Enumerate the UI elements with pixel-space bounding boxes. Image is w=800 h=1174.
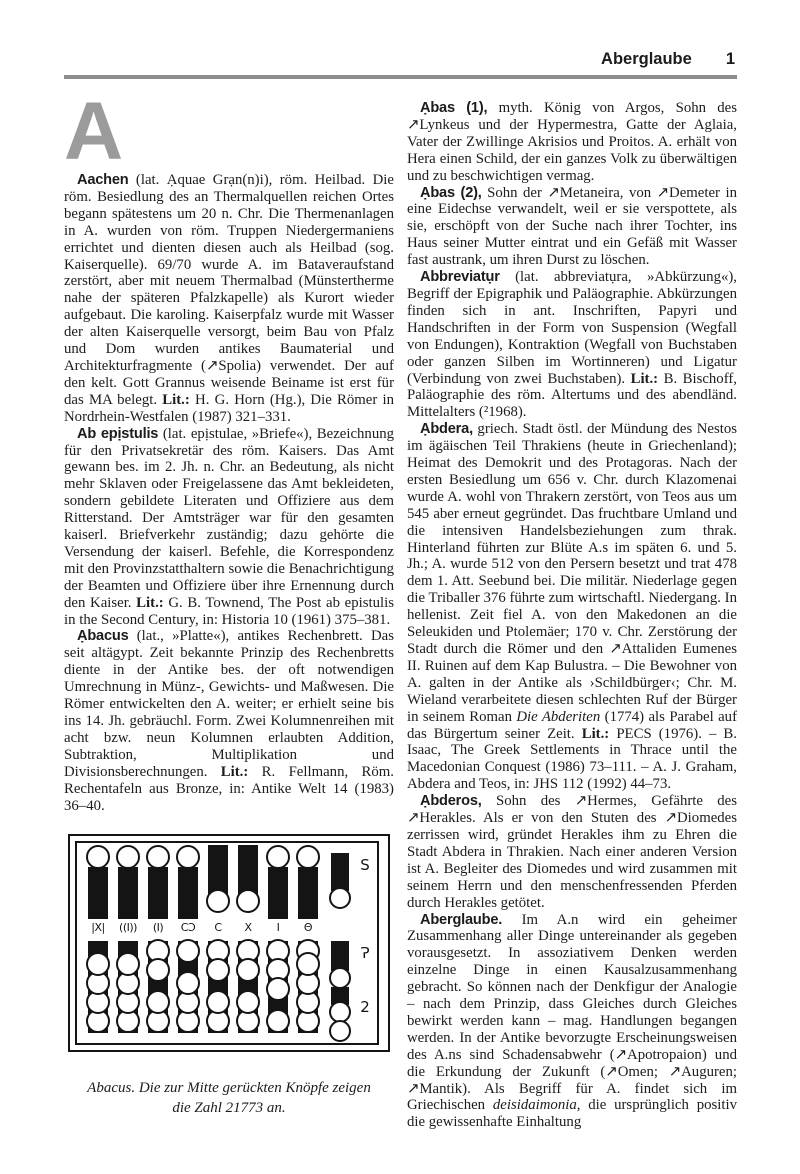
headword: Ab epịstulis	[77, 426, 158, 442]
entry-abdera: Ạbdera, griech. Stadt östl. der Mündung …	[407, 421, 737, 793]
page-header: Aberglaube 1	[64, 50, 737, 69]
abacus-upper-bead	[206, 889, 230, 913]
abacus-upper-bead	[86, 845, 110, 869]
headword: Ạbderos,	[420, 793, 482, 809]
abacus-side-slot	[331, 853, 349, 891]
text-run: Im A.n wird ein geheimer Zusammenhang al…	[407, 912, 737, 1114]
abacus-side-label: Ɂ	[355, 945, 375, 963]
abacus-upper-bead	[296, 845, 320, 869]
abacus-column-label: X	[233, 920, 263, 935]
bold-run: Lit.:	[582, 726, 610, 742]
abacus-side-bead	[329, 1020, 351, 1042]
text-columns: A Aachen (lat. Ạquae Grạn(n)i), röm. Hei…	[64, 100, 737, 1131]
headword: Ạbas (1),	[420, 100, 487, 116]
abacus-upper-slot	[268, 867, 288, 919]
text-run: griech. Stadt östl. der Mündung des Nest…	[407, 421, 737, 724]
headword: Ạbdera,	[420, 421, 473, 437]
figure-caption: Abacus. Die zur Mitte gerückten Knöpfe z…	[68, 1078, 390, 1118]
abacus-upper-bead	[146, 845, 170, 869]
abacus-column-label: ((I))	[113, 920, 143, 935]
figure-caption-line-2: die Zahl 21773 an.	[68, 1098, 390, 1118]
page-number: 1	[726, 50, 735, 69]
abacus-upper-slot	[118, 867, 138, 919]
bold-run: Lit.:	[136, 595, 164, 611]
entry-abacus: Ạbacus (lat., »Platte«), antikes Rechenb…	[64, 628, 394, 814]
headword: Ạbacus	[77, 628, 129, 644]
column-left: A Aachen (lat. Ạquae Grạn(n)i), röm. Hei…	[64, 100, 394, 1131]
abacus-upper-slot	[88, 867, 108, 919]
abacus-upper-bead	[236, 889, 260, 913]
abacus-upper-slot	[178, 867, 198, 919]
abacus: |X|((I))(I)CƆCXIΘSɁ2	[75, 841, 379, 1045]
abacus-side-bead	[329, 967, 351, 989]
abacus-column-label: |X|	[83, 920, 113, 935]
text-run: Sohn des ↗Hermes, Gefährte des ↗Herakles…	[407, 793, 737, 910]
headword: Ạbas (2),	[420, 185, 482, 201]
abacus-column-label: Θ	[293, 920, 323, 935]
headword: Aachen	[77, 172, 129, 188]
abacus-frame: |X|((I))(I)CƆCXIΘSɁ2	[68, 834, 390, 1052]
headword: Abbreviatụr	[420, 269, 500, 285]
entry-abas-2: Ạbas (2), Sohn der ↗Metaneira, von ↗Deme…	[407, 185, 737, 270]
abacus-upper-slot	[298, 867, 318, 919]
entry-abbreviatur: Abbreviatụr (lat. abbreviatụra, »Abkürzu…	[407, 269, 737, 421]
column-right: Ạbas (1), myth. König von Argos, Sohn de…	[407, 100, 737, 1131]
lexicon-page: Aberglaube 1 A Aachen (lat. Ạquae Grạn(n…	[0, 0, 800, 1131]
abacus-figure: |X|((I))(I)CƆCXIΘSɁ2 Abacus. Die zur Mit…	[68, 834, 390, 1118]
abacus-upper-bead	[176, 845, 200, 869]
text-run: (lat. abbreviatụra, »Abkürzung«), Begrif…	[407, 269, 737, 386]
running-title: Aberglaube	[601, 50, 692, 69]
section-drop-cap: A	[64, 102, 394, 168]
bold-run: Lit.:	[221, 764, 249, 780]
abacus-side-label: 2	[355, 999, 375, 1017]
abacus-column-label: CƆ	[173, 920, 203, 935]
abacus-column-label: (I)	[143, 920, 173, 935]
entry-ab-epistulis: Ab epịstulis (lat. epịstulae, »Briefe«),…	[64, 426, 394, 629]
entry-aberglaube: Aberglaube. Im A.n wird ein geheimer Zus…	[407, 912, 737, 1132]
text-run: (lat. epịstulae, »Briefe«), Bezeichnung …	[64, 426, 394, 611]
abacus-upper-slot	[148, 867, 168, 919]
abacus-side-label: S	[355, 857, 375, 875]
italic-run: deisidaimonia,	[493, 1097, 581, 1113]
entry-aachen: Aachen (lat. Ạquae Grạn(n)i), röm. Heilb…	[64, 172, 394, 426]
abacus-column-label: C	[203, 920, 233, 935]
text-run: (lat., »Platte«), antikes Rechenbrett. D…	[64, 628, 394, 779]
entry-abderos: Ạbderos, Sohn des ↗Hermes, Gefährte des …	[407, 793, 737, 911]
abacus-column-label: I	[263, 920, 293, 935]
abacus-upper-bead	[266, 845, 290, 869]
abacus-upper-bead	[116, 845, 140, 869]
entry-abas-1: Ạbas (1), myth. König von Argos, Sohn de…	[407, 100, 737, 185]
text-run: (lat. Ạquae Grạn(n)i), röm. Heilbad. Die…	[64, 172, 394, 408]
bold-run: Lit.:	[631, 371, 659, 387]
header-rule	[64, 75, 737, 79]
figure-caption-line-1: Abacus. Die zur Mitte gerückten Knöpfe z…	[68, 1078, 390, 1098]
italic-run: Die Abderiten	[516, 709, 600, 725]
abacus-side-bead	[329, 887, 351, 909]
bold-run: Lit.:	[162, 392, 190, 408]
headword: Aberglaube.	[420, 912, 502, 928]
